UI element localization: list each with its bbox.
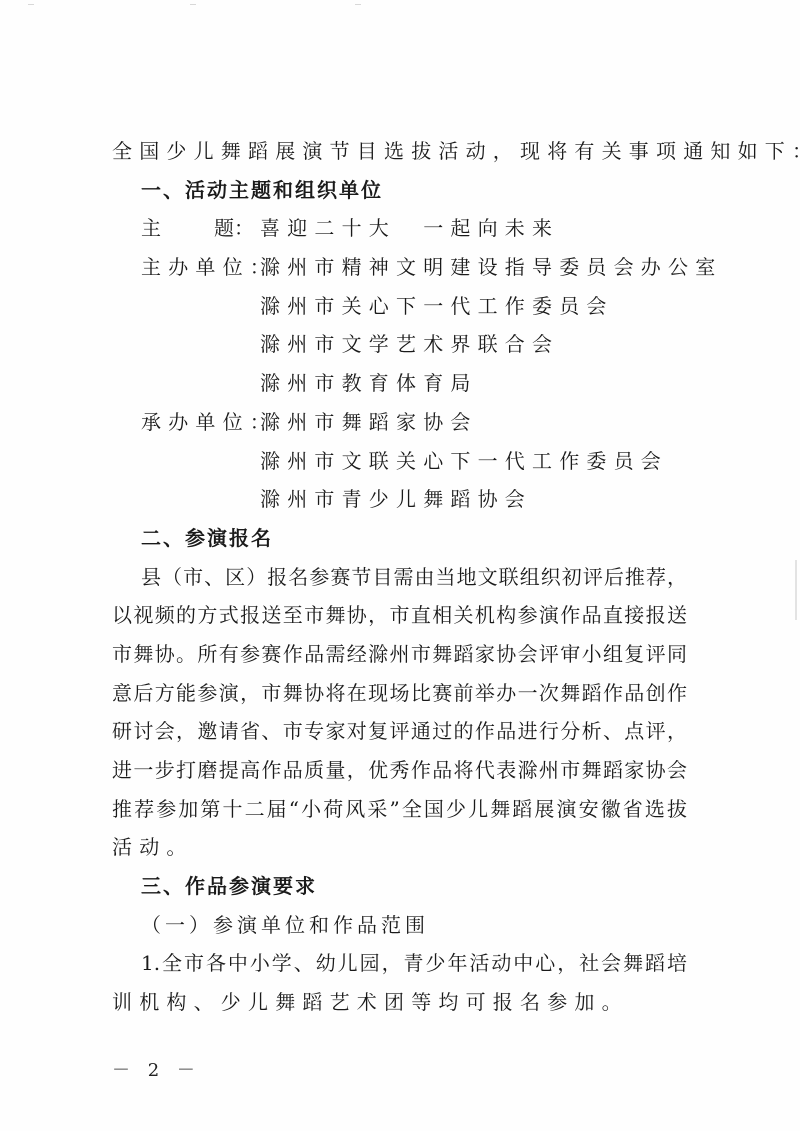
section-3-subheading: （一）参演单位和作品范围 <box>112 906 687 945</box>
theme-row: 主 题： 喜迎二十大 一起向未来 <box>112 209 687 248</box>
scan-artifact <box>190 4 196 5</box>
paragraph-line: 研讨会，邀请省、市专家对复评通过的作品进行分析、点评， <box>112 712 687 751</box>
item-1-line: 1.全市各中小学、幼儿园，青少年活动中心，社会舞蹈培 <box>112 944 687 983</box>
organizer-item: 滁州市青少儿舞蹈协会 <box>112 480 687 519</box>
item-1-line: 训机构、少儿舞蹈艺术团等均可报名参加。 <box>112 983 687 1022</box>
organizers-label: 承办单位： <box>112 403 254 442</box>
page-number: － 2 － <box>112 1056 201 1082</box>
theme-label: 主 题： <box>112 209 254 248</box>
scan-artifact <box>28 4 34 5</box>
paragraph-line: 市舞协。所有参赛作品需经滁州市舞蹈家协会评审小组复评同 <box>112 635 687 674</box>
paragraph-line: 意后方能参演，市舞协将在现场比赛前举办一次舞蹈作品创作 <box>112 674 687 713</box>
paragraph-line: 进一步打磨提高作品质量，优秀作品将代表滁州市舞蹈家协会 <box>112 751 687 790</box>
section-1-heading: 一、活动主题和组织单位 <box>112 171 687 210</box>
scan-artifact <box>355 4 361 5</box>
paragraph-line: 以视频的方式报送至市舞协，市直相关机构参演作品直接报送 <box>112 596 687 635</box>
document-page: 全国少儿舞蹈展演节目选拔活动，现将有关事项通知如下： 一、活动主题和组织单位 主… <box>0 0 800 1131</box>
host-item: 滁州市关心下一代工作委员会 <box>112 287 687 326</box>
paragraph-line: 县（市、区）报名参赛节目需由当地文联组织初评后推荐， <box>112 558 687 597</box>
section-2-heading: 二、参演报名 <box>112 519 687 558</box>
theme-label-char-2: 题： <box>214 209 254 248</box>
host-item: 滁州市教育体育局 <box>112 364 687 403</box>
scan-edge-mark <box>795 560 797 620</box>
theme-label-char-1: 主 <box>141 209 161 248</box>
section-3-heading: 三、作品参演要求 <box>112 867 687 906</box>
paragraph-line: 活动。 <box>112 828 687 867</box>
theme-value: 喜迎二十大 一起向未来 <box>254 209 559 248</box>
paragraph-line: 推荐参加第十二届“小荷风采”全国少儿舞蹈展演安徽省选拔 <box>112 790 687 829</box>
document-body: 全国少儿舞蹈展演节目选拔活动，现将有关事项通知如下： 一、活动主题和组织单位 主… <box>112 132 687 1022</box>
organizer-item: 滁州市文联关心下一代工作委员会 <box>112 442 687 481</box>
organizer-item: 滁州市舞蹈家协会 <box>254 403 478 442</box>
hosts-label: 主办单位： <box>112 248 254 287</box>
intro-line: 全国少儿舞蹈展演节目选拔活动，现将有关事项通知如下： <box>112 132 687 171</box>
host-item: 滁州市精神文明建设指导委员会办公室 <box>254 248 722 287</box>
host-item: 滁州市文学艺术界联合会 <box>112 325 687 364</box>
hosts-row: 主办单位： 滁州市精神文明建设指导委员会办公室 <box>112 248 687 287</box>
organizers-row: 承办单位： 滁州市舞蹈家协会 <box>112 403 687 442</box>
